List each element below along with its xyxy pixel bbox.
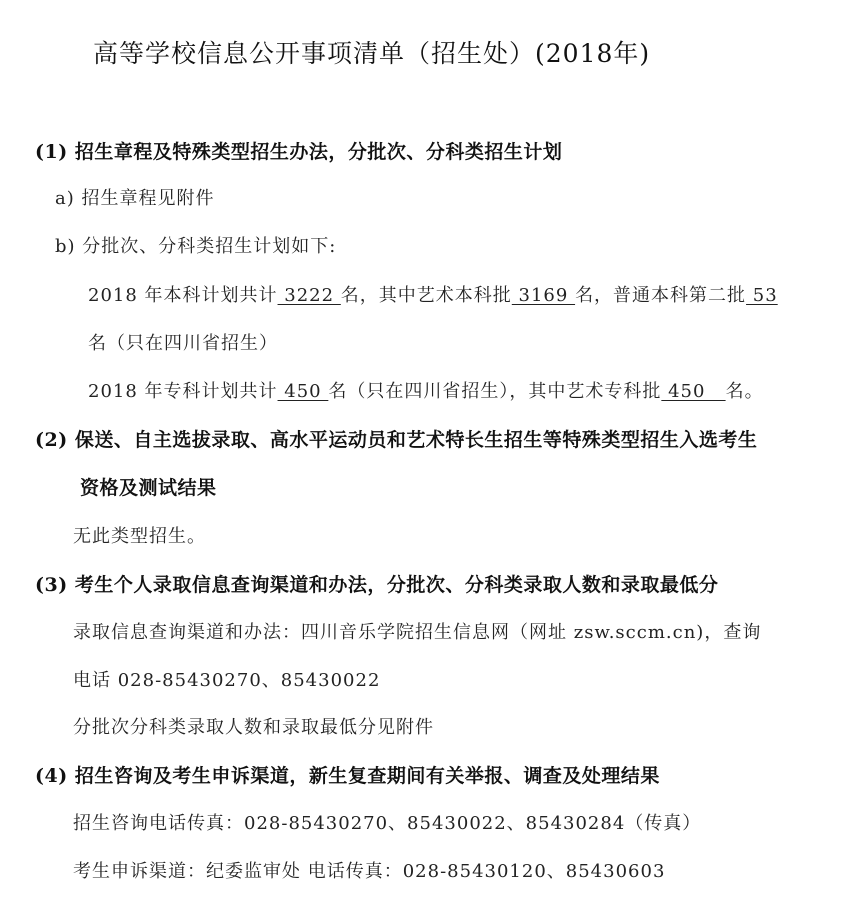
undergrad-total: 3222 (278, 285, 341, 306)
section-4-consult-phone: 招生咨询电话传真：028-85430270、85430022、85430284（… (73, 812, 701, 836)
item-b: b) 分批次、分科类招生计划如下: (55, 235, 336, 259)
art-undergrad-count: 3169 (512, 285, 575, 306)
vocational-plan-line: 2018 年专科计划共计 450 名（只在四川省招生），其中艺术专科批 450 … (88, 380, 764, 404)
item-a: a) 招生章程见附件 (55, 187, 214, 211)
vocational-suffix: 名。 (726, 381, 764, 402)
section-2-body: 无此类型招生。 (73, 525, 206, 549)
section-2-heading-cont: 资格及测试结果 (80, 476, 217, 500)
section-4-appeal-channel: 考生申诉渠道：纪委监审处 电话传真：028-85430120、85430603 (73, 860, 665, 884)
page-title: 高等学校信息公开事项清单（招生处）(2018年) (93, 38, 650, 70)
vocational-prefix: 2018 年专科计划共计 (88, 381, 278, 402)
vocational-total: 450 (278, 381, 329, 402)
undergrad-suffix: 名（只在四川省招生） (88, 332, 278, 356)
section-3-phone: 电话 028-85430270、85430022 (73, 669, 380, 693)
undergrad-mid: 名，其中艺术本科批 (341, 285, 512, 306)
vocational-mid: 名（只在四川省招生），其中艺术专科批 (328, 381, 661, 402)
second-batch-count: 53 (746, 285, 778, 306)
section-4-heading: (4) 招生咨询及考生申诉渠道，新生复查期间有关举报、调查及处理结果 (35, 764, 660, 788)
section-3-heading: (3) 考生个人录取信息查询渠道和办法，分批次、分科类录取人数和录取最低分 (35, 573, 718, 597)
section-2-heading: (2) 保送、自主选拔录取、高水平运动员和艺术特长生招生等特殊类型招生入选考生 (35, 428, 757, 452)
art-vocational-count: 450 (661, 381, 725, 402)
section-3-query-channel: 录取信息查询渠道和办法：四川音乐学院招生信息网（网址 zsw.sccm.cn)，… (73, 621, 761, 645)
undergrad-prefix: 2018 年本科计划共计 (88, 285, 278, 306)
undergrad-mid2: 名，普通本科第二批 (575, 285, 746, 306)
section-3-attachment-note: 分批次分科类录取人数和录取最低分见附件 (73, 716, 434, 740)
undergrad-plan-line: 2018 年本科计划共计 3222 名，其中艺术本科批 3169 名，普通本科第… (88, 284, 778, 308)
section-1-heading: (1) 招生章程及特殊类型招生办法，分批次、分科类招生计划 (35, 140, 562, 164)
